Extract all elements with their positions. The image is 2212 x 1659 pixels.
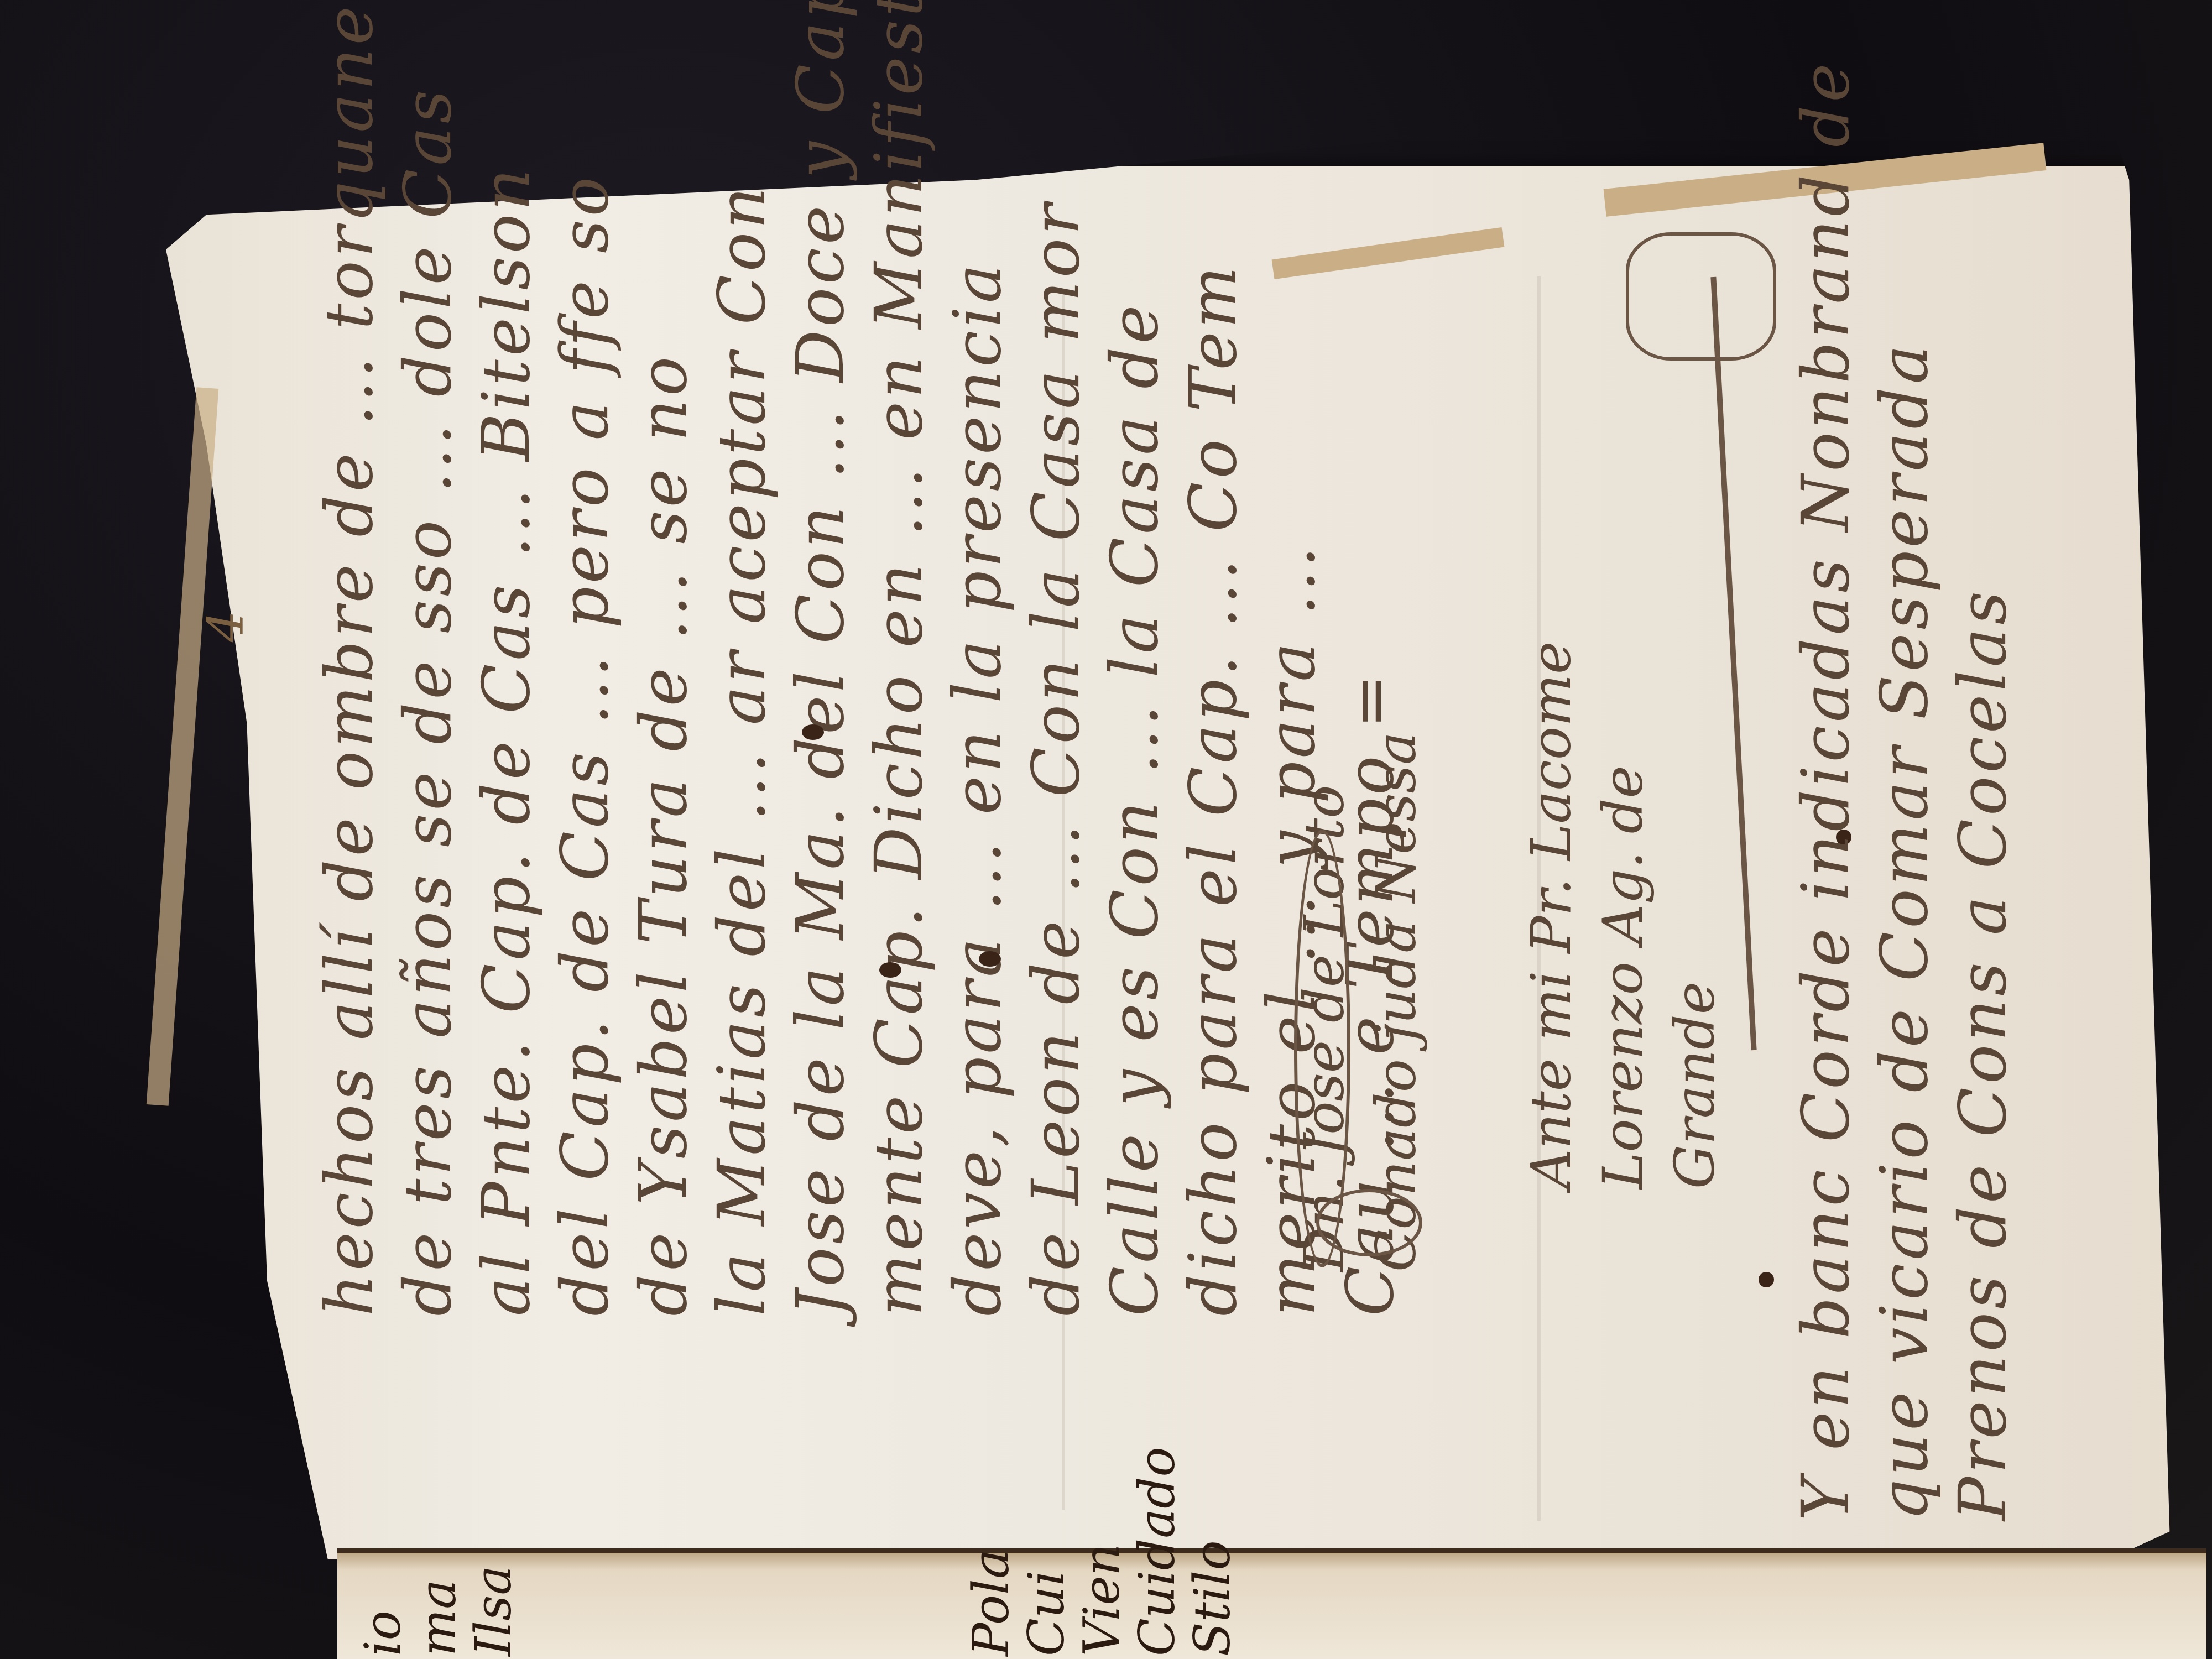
text-fragment: Cui [1018, 1570, 1076, 1656]
page-gutter-edge [337, 1548, 2206, 1553]
text-line: la Matias del ... ar aceptar Con [702, 155, 781, 1316]
ink-blot [1759, 1272, 1774, 1287]
text-line: de Leon de ... Con la Casa mor [1016, 155, 1095, 1316]
signature-line: Ante mi Pr. Lacome [1515, 194, 1587, 1189]
notary-rubric-flourish [1626, 232, 1776, 361]
text-line: hechos allí de ombre de ... torquaner [310, 155, 388, 1316]
text-line: que vicario de Comar Sesperada [1865, 194, 1943, 1521]
text-fragment: Pola [962, 1549, 1020, 1656]
torn-edge-left [147, 387, 219, 1106]
signature-rubric-loop [1316, 1189, 1422, 1256]
text-line: mente Cap. Dicho en ... en Manifiesto [859, 155, 938, 1316]
manuscript-closing-text: Y en banc Corde indicadas Nonbrand de qu… [1786, 194, 2022, 1521]
ink-blot [979, 951, 1001, 967]
text-line: al Pnte. Cap. de Cas ... Bitelson [467, 155, 545, 1316]
ink-blot [802, 724, 824, 740]
text-line: de Ysabel Tura de ... se no [624, 155, 702, 1316]
second-page-strip: io ma Ilsa Pola Cui Vien Cuidado Stilo [337, 1548, 2206, 1659]
text-fragment: Cuidado [1128, 1447, 1186, 1656]
photo-scene: 4 hechos allí de ombre de ... torquaner … [0, 0, 2212, 1659]
text-line: de tres años se de sso ... dole Cas [388, 155, 467, 1316]
text-fragment: io [354, 1610, 412, 1656]
text-fragment: Vien [1073, 1544, 1131, 1656]
text-line: del Cap. de Cas ... pero a ffe so [545, 155, 624, 1316]
text-line: dicho para el Cap. ... Co Tem [1173, 155, 1252, 1316]
text-fragment: Stilo [1183, 1540, 1241, 1656]
page-number: 4 [197, 611, 255, 642]
text-line: deve, para ... en la presencia [938, 155, 1016, 1316]
text-line: Y en banc Corde indicadas Nonbrand de [1786, 194, 1865, 1521]
manuscript-body-text: hechos allí de ombre de ... torquaner de… [310, 155, 1409, 1316]
text-fragment: ma [409, 1579, 467, 1656]
text-fragment: Ilsa [465, 1566, 523, 1656]
text-line: Calle y es Con ... la Casa de [1095, 155, 1173, 1316]
ink-blot [879, 962, 901, 978]
text-line: Prenos de Cons a Cocelas [1943, 194, 2022, 1521]
